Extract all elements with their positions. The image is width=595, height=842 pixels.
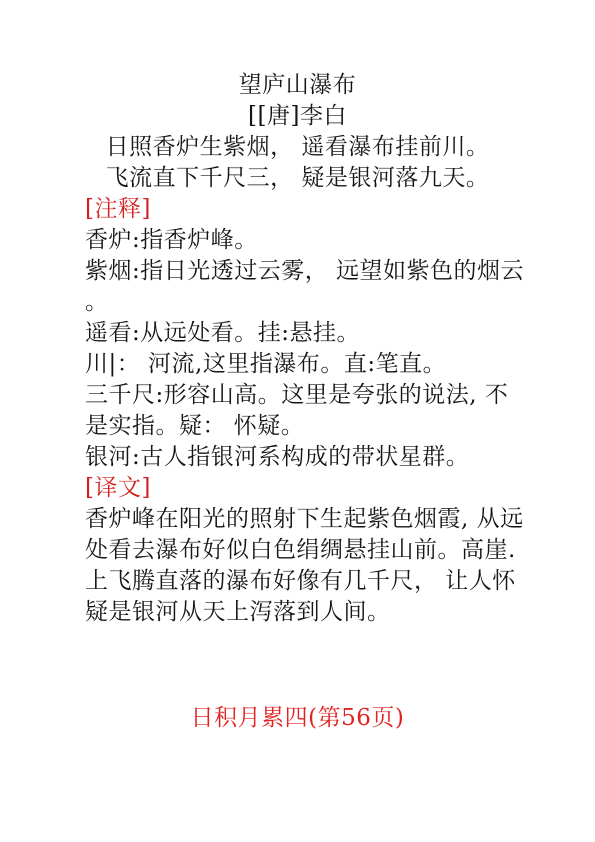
note-line: 是实指。疑： 怀疑。 <box>85 411 510 442</box>
document-content: 望庐山瀑布 [[唐]李白 日照香炉生紫烟， 遥看瀑布挂前川。 飞流直下千尺三， … <box>0 0 595 734</box>
note-line: 银河:古人指银河系构成的带状星群。 <box>85 442 510 473</box>
note-line: 紫烟:指日光透过云雾， 远望如紫色的烟云 <box>85 256 510 287</box>
note-line: 。 <box>85 287 510 318</box>
poem-title: 望庐山瀑布 <box>85 70 510 101</box>
note-line: 遥看:从远处看。挂:悬挂。 <box>85 318 510 349</box>
note-line: 香炉:指香炉峰。 <box>85 225 510 256</box>
translation-line: 疑是银河从天上泻落到人间。 <box>85 597 510 628</box>
notes-section-label: [注释] <box>85 194 510 225</box>
note-line: 川|： 河流,这里指瀑布。直:笔直。 <box>85 349 510 380</box>
note-line: 三千尺:形容山高。这里是夸张的说法, 不 <box>85 380 510 411</box>
poem-line: 日照香炉生紫烟， 遥看瀑布挂前川。 <box>85 132 510 163</box>
page-footer: 日积月累四(第56页) <box>85 703 510 734</box>
poem-author: [[唐]李白 <box>85 101 510 132</box>
translation-line: 处看去瀑布好似白色绢绸悬挂山前。高崖. <box>85 535 510 566</box>
translation-line: 香炉峰在阳光的照射下生起紫色烟霞, 从远 <box>85 504 510 535</box>
translation-section-label: [译文] <box>85 473 510 504</box>
translation-line: 上飞腾直落的瀑布好像有几千尺， 让人怀 <box>85 566 510 597</box>
document-page: 望庐山瀑布 [[唐]李白 日照香炉生紫烟， 遥看瀑布挂前川。 飞流直下千尺三， … <box>0 0 595 842</box>
poem-line: 飞流直下千尺三， 疑是银河落九天。 <box>85 163 510 194</box>
